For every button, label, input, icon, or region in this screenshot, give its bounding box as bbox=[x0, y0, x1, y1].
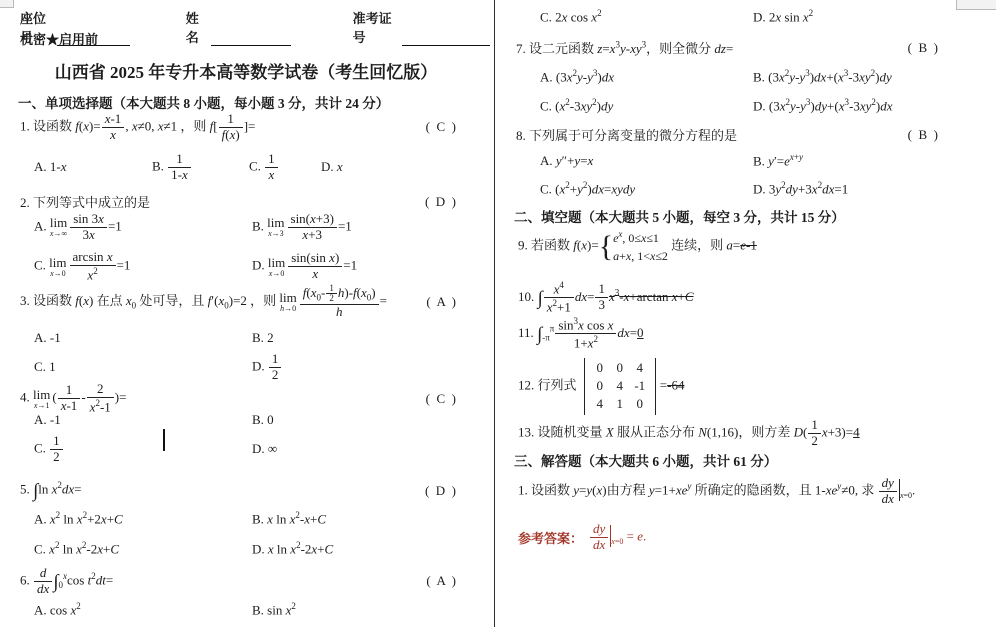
question-6: 6. ddx∫0xcos t2dt= ( A ) bbox=[20, 566, 490, 597]
question-1-answer: ( C ) bbox=[426, 119, 456, 135]
question-2-answer: ( D ) bbox=[425, 194, 456, 210]
confidential-label: 机密★启用前 bbox=[20, 32, 98, 47]
question-4: 4. limx→1(1x-1-2x2-1)= ( C ) bbox=[20, 382, 490, 415]
q4-option-d: D. ∞ bbox=[252, 441, 490, 457]
question-8-options-row2: C. (x2+y2)dx=xydy D. 3y2dy+3x2dx=1 bbox=[540, 180, 990, 197]
question-6-stem: 6. ddx∫0xcos t2dt= bbox=[20, 566, 113, 597]
left-column: 座位号 姓名 准考证号 机密★启用前 山西省 2025 年专升本高等数学试卷（考… bbox=[14, 0, 490, 627]
question-13: 13. 设随机变量 X 服从正态分布 N(1,16)，则方差 D(12x+3)=… bbox=[518, 418, 990, 449]
q7-option-c: C. (x2-3xy2)dy bbox=[540, 97, 753, 114]
question-11: 11. ∫-ππsin3x cos x1+x2dx=0 bbox=[518, 316, 990, 352]
question-4-options-row2: C. 12 D. ∞ bbox=[34, 434, 490, 465]
reference-answer: 参考答案： dydxx=0 = e. bbox=[518, 522, 990, 553]
question-5-answer: ( D ) bbox=[425, 483, 456, 499]
confidential-line: 机密★启用前 bbox=[20, 29, 490, 48]
question-2: 2. 下列等式中成立的是 ( D ) bbox=[20, 192, 490, 211]
question-5: 5. ∫ln x2dx= ( D ) bbox=[20, 480, 490, 502]
q3-option-c: C. 1 bbox=[34, 359, 252, 375]
question-4-options-row1: A. -1 B. 0 bbox=[34, 412, 490, 428]
question-4-answer: ( C ) bbox=[426, 391, 456, 407]
q8-option-b: B. y′=ex+y bbox=[753, 152, 990, 169]
q4-option-a: A. -1 bbox=[34, 412, 252, 428]
q4-option-c: C. 12 bbox=[34, 434, 252, 465]
q8-option-a: A. y″+y=x bbox=[540, 153, 753, 169]
section2-heading: 二、填空题（本大题共 5 小题，每空 3 分，共计 15 分） bbox=[514, 206, 990, 226]
question-7-stem: 7. 设二元函数 z=x3y-xy3，则全微分 dz= bbox=[516, 38, 733, 57]
q1-option-a: A. 1-x bbox=[34, 159, 152, 175]
exam-document-page[interactable]: 座位号 姓名 准考证号 机密★启用前 山西省 2025 年专升本高等数学试卷（考… bbox=[0, 0, 996, 627]
q6-option-d: D. 2x sin x2 bbox=[753, 8, 990, 25]
q5-option-a: A. x2 ln x2+2x+C bbox=[34, 510, 252, 527]
q5-option-c: C. x2 ln x2-2x+C bbox=[34, 540, 252, 557]
q3-option-d: D. 12 bbox=[252, 352, 490, 383]
reference-answer-body: dydxx=0 = e. bbox=[589, 522, 646, 553]
question-1-stem: 1. 设函数 f(x)=x-1x, x≠0, x≠1 ，则 f[1f(x)]= bbox=[20, 112, 255, 143]
paper-title: 山西省 2025 年专升本高等数学试卷（考生回忆版） bbox=[14, 58, 478, 83]
question-5-stem: 5. ∫ln x2dx= bbox=[20, 480, 82, 502]
solve-question-1-body: 1. 设函数 y=y(x)由方程 y=1+xey 所确定的隐函数，且 1-xey… bbox=[518, 476, 915, 507]
q2-option-d: D. limx→0sin(sin x)x=1 bbox=[252, 251, 490, 282]
question-6-options-row1: A. cos x2 B. sin x2 bbox=[34, 601, 490, 618]
question-10: 10. ∫x4x2+1dx=13x3-x+arctan x+C bbox=[518, 280, 990, 316]
question-3-options-row1: A. -1 B. 2 bbox=[34, 330, 490, 346]
section1-heading: 一、单项选择题（本大题共 8 小题，每小题 3 分，共计 24 分） bbox=[18, 92, 490, 112]
q3-option-b: B. 2 bbox=[252, 330, 490, 346]
question-8-answer: ( B ) bbox=[908, 127, 938, 143]
corner-artifact-left bbox=[0, 0, 14, 8]
question-6-answer: ( A ) bbox=[426, 573, 456, 589]
question-3-answer: ( A ) bbox=[426, 294, 456, 310]
question-8-options-row1: A. y″+y=x B. y′=ex+y bbox=[540, 152, 990, 169]
q5-option-d: D. x ln x2-2x+C bbox=[252, 540, 490, 557]
question-10-body: 10. ∫x4x2+1dx=13x3-x+arctan x+C bbox=[518, 280, 694, 316]
question-7-options-row1: A. (3x2y-y3)dx B. (3x2y-y3)dx+(x3-3xy2)d… bbox=[540, 68, 990, 85]
question-11-body: 11. ∫-ππsin3x cos x1+x2dx=0 bbox=[518, 316, 644, 352]
q7-option-d: D. (3x2y-y3)dy+(x3-3xy2)dx bbox=[753, 97, 990, 114]
question-2-options-row2: C. limx→0arcsin xx2=1 D. limx→0sin(sin x… bbox=[34, 250, 490, 283]
question-7: 7. 设二元函数 z=x3y-xy3，则全微分 dz= ( B ) bbox=[516, 38, 990, 57]
question-1: 1. 设函数 f(x)=x-1x, x≠0, x≠1 ，则 f[1f(x)]= … bbox=[20, 112, 490, 143]
question-4-stem: 4. limx→1(1x-1-2x2-1)= bbox=[20, 382, 126, 415]
q1-option-d: D. x bbox=[321, 159, 490, 175]
q6-option-b: B. sin x2 bbox=[252, 601, 490, 618]
q6-option-c: C. 2x cos x2 bbox=[540, 8, 753, 25]
question-8-stem: 8. 下列属于可分离变量的微分方程的是 bbox=[516, 125, 737, 144]
question-9: 9. 若函数 f(x)={ex, 0≤x≤1a+x, 1<x≤2 连续，则 a=… bbox=[518, 228, 990, 265]
q4-option-b: B. 0 bbox=[252, 412, 490, 428]
question-9-body: 9. 若函数 f(x)={ex, 0≤x≤1a+x, 1<x≤2 连续，则 a=… bbox=[518, 228, 757, 265]
reference-answer-label: 参考答案： bbox=[518, 528, 583, 547]
q1-option-b: B. 11-x bbox=[152, 152, 249, 183]
question-12-body: 12. 行列式 00404-1410=-64 bbox=[518, 358, 684, 415]
right-column: C. 2x cos x2 D. 2x sin x2 7. 设二元函数 z=x3y… bbox=[510, 0, 990, 627]
q2-option-b: B. limx→3sin(x+3)x+3=1 bbox=[252, 212, 490, 243]
q2-option-c: C. limx→0arcsin xx2=1 bbox=[34, 250, 252, 283]
question-8: 8. 下列属于可分离变量的微分方程的是 ( B ) bbox=[516, 125, 990, 144]
question-12: 12. 行列式 00404-1410=-64 bbox=[518, 358, 990, 415]
question-5-options-row2: C. x2 ln x2-2x+C D. x ln x2-2x+C bbox=[34, 540, 490, 557]
section3-heading: 三、解答题（本大题共 6 小题，共计 61 分） bbox=[514, 450, 990, 470]
column-divider bbox=[494, 0, 495, 627]
question-1-options: A. 1-x B. 11-x C. 1x D. x bbox=[34, 152, 490, 183]
solve-question-1: 1. 设函数 y=y(x)由方程 y=1+xey 所确定的隐函数，且 1-xey… bbox=[518, 476, 990, 507]
question-13-body: 13. 设随机变量 X 服从正态分布 N(1,16)，则方差 D(12x+3)=… bbox=[518, 418, 860, 449]
question-7-options-row2: C. (x2-3xy2)dy D. (3x2y-y3)dy+(x3-3xy2)d… bbox=[540, 97, 990, 114]
q8-option-c: C. (x2+y2)dx=xydy bbox=[540, 180, 753, 197]
q7-option-a: A. (3x2y-y3)dx bbox=[540, 68, 753, 85]
question-3: 3. 设函数 f(x) 在点 x0 处可导，且 f′(x0)=2 ，则 limh… bbox=[20, 284, 490, 320]
question-3-stem: 3. 设函数 f(x) 在点 x0 处可导，且 f′(x0)=2 ，则 limh… bbox=[20, 284, 387, 320]
q5-option-b: B. x ln x2-x+C bbox=[252, 510, 490, 527]
q7-option-b: B. (3x2y-y3)dx+(x3-3xy2)dy bbox=[753, 68, 990, 85]
question-2-stem: 2. 下列等式中成立的是 bbox=[20, 192, 150, 211]
question-3-options-row2: C. 1 D. 12 bbox=[34, 352, 490, 383]
q2-option-a: A. limx→∞sin 3x3x=1 bbox=[34, 212, 252, 243]
question-2-options-row1: A. limx→∞sin 3x3x=1 B. limx→3sin(x+3)x+3… bbox=[34, 212, 490, 243]
q6-option-a: A. cos x2 bbox=[34, 601, 252, 618]
q3-option-a: A. -1 bbox=[34, 330, 252, 346]
q8-option-d: D. 3y2dy+3x2dx=1 bbox=[753, 180, 990, 197]
question-5-options-row1: A. x2 ln x2+2x+C B. x ln x2-x+C bbox=[34, 510, 490, 527]
question-7-answer: ( B ) bbox=[908, 40, 938, 56]
q1-option-c: C. 1x bbox=[249, 152, 321, 183]
question-6-options-row2: C. 2x cos x2 D. 2x sin x2 bbox=[540, 8, 990, 25]
